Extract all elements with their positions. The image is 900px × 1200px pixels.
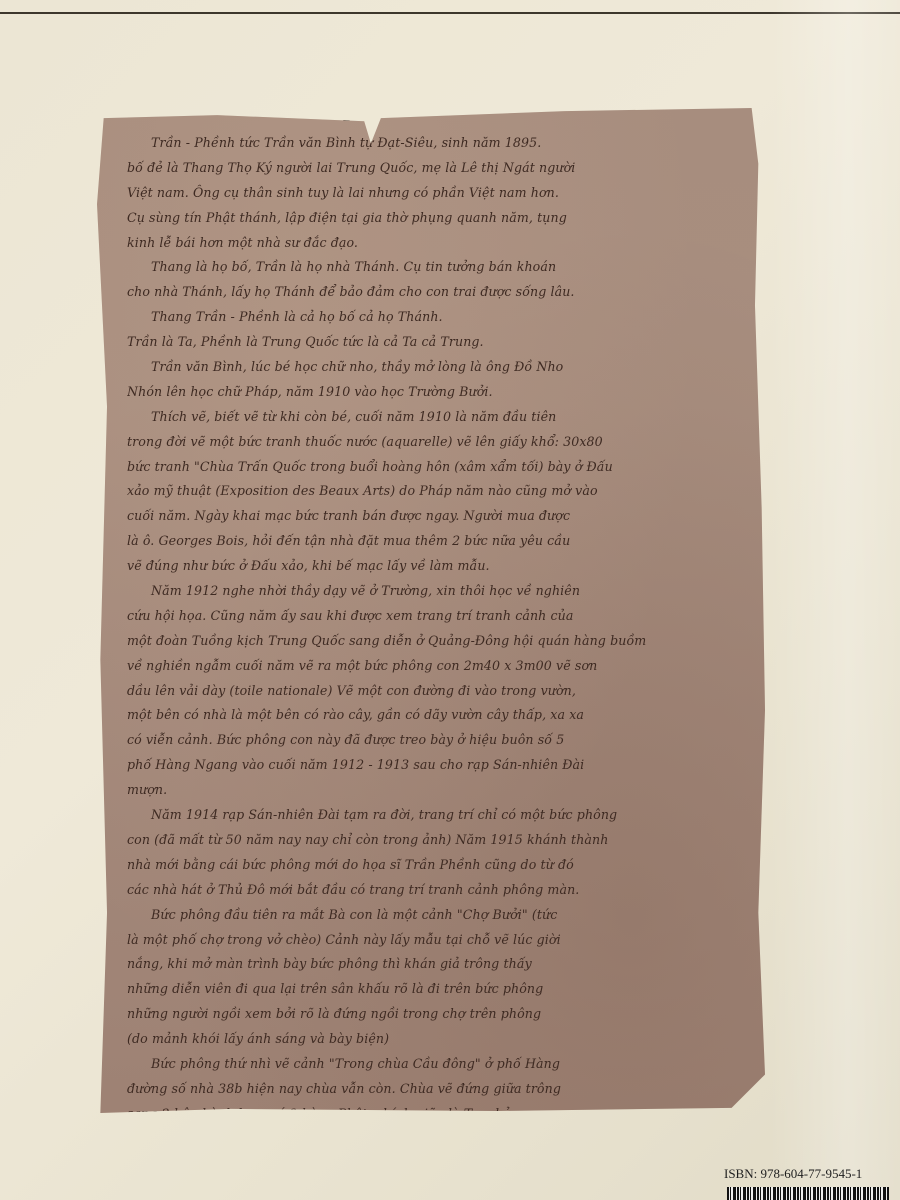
text-line: Bức phông thứ nhì vẽ cảnh "Trong chùa Cầ… xyxy=(127,1052,757,1077)
text-line: Trần văn Bình, lúc bé học chữ nho, thầy … xyxy=(127,355,757,380)
barcode xyxy=(727,1187,889,1200)
text-line: Cụ sùng tín Phật thánh, lập điện tại gia… xyxy=(127,206,757,231)
text-line: những người ngồi xem bởi rõ là đứng ngồi… xyxy=(127,1002,757,1027)
text-line: trong đời vẽ một bức tranh thuốc nước (a… xyxy=(127,430,757,455)
text-line: Trần là Ta, Phềnh là Trung Quốc tức là c… xyxy=(127,330,757,355)
text-line: Trần - Phềnh tức Trần văn Bình tự Đạt-Si… xyxy=(127,131,757,156)
text-line: (do mảnh khói lấy ánh sáng và bày biện) xyxy=(127,1027,757,1052)
text-line: phố Hàng Ngang vào cuối năm 1912 - 1913 … xyxy=(127,753,757,778)
text-line: Năm 1914 rạp Sán-nhiên Đài tạm ra đời, t… xyxy=(127,803,757,828)
text-line: dầu lên vải dày (toile nationale) Vẽ một… xyxy=(127,679,757,704)
text-line: Thang là họ bố, Trần là họ nhà Thánh. Cụ… xyxy=(127,255,757,280)
text-line: Thích vẽ, biết vẽ từ khi còn bé, cuối nă… xyxy=(127,405,757,430)
text-line: Việt nam. Ông cụ thân sinh tuy là lai nh… xyxy=(127,181,757,206)
text-line: một đoàn Tuồng kịch Trung Quốc sang diễn… xyxy=(127,629,757,654)
text-line: là ô. Georges Bois, hỏi đến tận nhà đặt … xyxy=(127,529,757,554)
text-line: cuối năm. Ngày khai mạc bức tranh bán đư… xyxy=(127,504,757,529)
plastic-glare xyxy=(770,0,900,1200)
text-line: những diễn viên đi qua lại trên sân khấu… xyxy=(127,977,757,1002)
text-line: xảo mỹ thuật (Exposition des Beaux Arts)… xyxy=(127,479,757,504)
text-line: vẽ đúng như bức ở Đấu xảo, khi bế mạc lấ… xyxy=(127,554,757,579)
text-line: cứu hội họa. Cũng năm ấy sau khi được xe… xyxy=(127,604,757,629)
text-line: là một phố chợ trong vở chèo) Cảnh này l… xyxy=(127,928,757,953)
text-line: thếp hàng cột. Vẽ nhiều tỉ cố: Khi người… xyxy=(127,1127,757,1152)
text-line: nhà mới bằng cái bức phông mới do họa sĩ… xyxy=(127,853,757,878)
text-line: sang 2 bên hành lang có 2 hàng Phật, chí… xyxy=(127,1102,757,1127)
manuscript-text: Trần - Phềnh tức Trần văn Bình tự Đạt-Si… xyxy=(127,131,757,1152)
text-line: kinh lễ bái hơn một nhà sư đắc đạo. xyxy=(127,231,757,256)
text-line: Bức phông đầu tiên ra mắt Bà con là một … xyxy=(127,903,757,928)
page-top-rule xyxy=(0,12,900,14)
text-line: một bên có nhà là một bên có rào cây, gầ… xyxy=(127,703,757,728)
text-line: con (đã mất từ 50 năm nay nay chỉ còn tr… xyxy=(127,828,757,853)
text-line: về nghiền ngẫm cuối năm vẽ ra một bức ph… xyxy=(127,654,757,679)
page-number: 1 xyxy=(342,105,353,126)
text-line: các nhà hát ở Thủ Đô mới bắt đầu có tran… xyxy=(127,878,757,903)
text-line: mượn. xyxy=(127,778,757,803)
handwritten-manuscript: 1 Trần - Phềnh tức Trần văn Bình tự Đạt-… xyxy=(97,103,765,1115)
text-line: bố đẻ là Thang Thọ Ký người lai Trung Qu… xyxy=(127,156,757,181)
text-line: Nhón lên học chữ Pháp, năm 1910 vào học … xyxy=(127,380,757,405)
isbn-label: ISBN: 978-604-77-9545-1 xyxy=(724,1166,862,1182)
text-line: bức tranh "Chùa Trấn Quốc trong buổi hoà… xyxy=(127,455,757,480)
text-line: nắng, khi mở màn trình bày bức phông thì… xyxy=(127,952,757,977)
text-line: đường số nhà 38b hiện nay chùa vẫn còn. … xyxy=(127,1077,757,1102)
text-line: Thang Trần - Phềnh là cả họ bố cả họ Thá… xyxy=(127,305,757,330)
text-line: Năm 1912 nghe nhời thầy dạy vẽ ở Trường,… xyxy=(127,579,757,604)
text-line: có viễn cảnh. Bức phông con này đã được … xyxy=(127,728,757,753)
text-line: cho nhà Thánh, lấy họ Thánh để bảo đảm c… xyxy=(127,280,757,305)
